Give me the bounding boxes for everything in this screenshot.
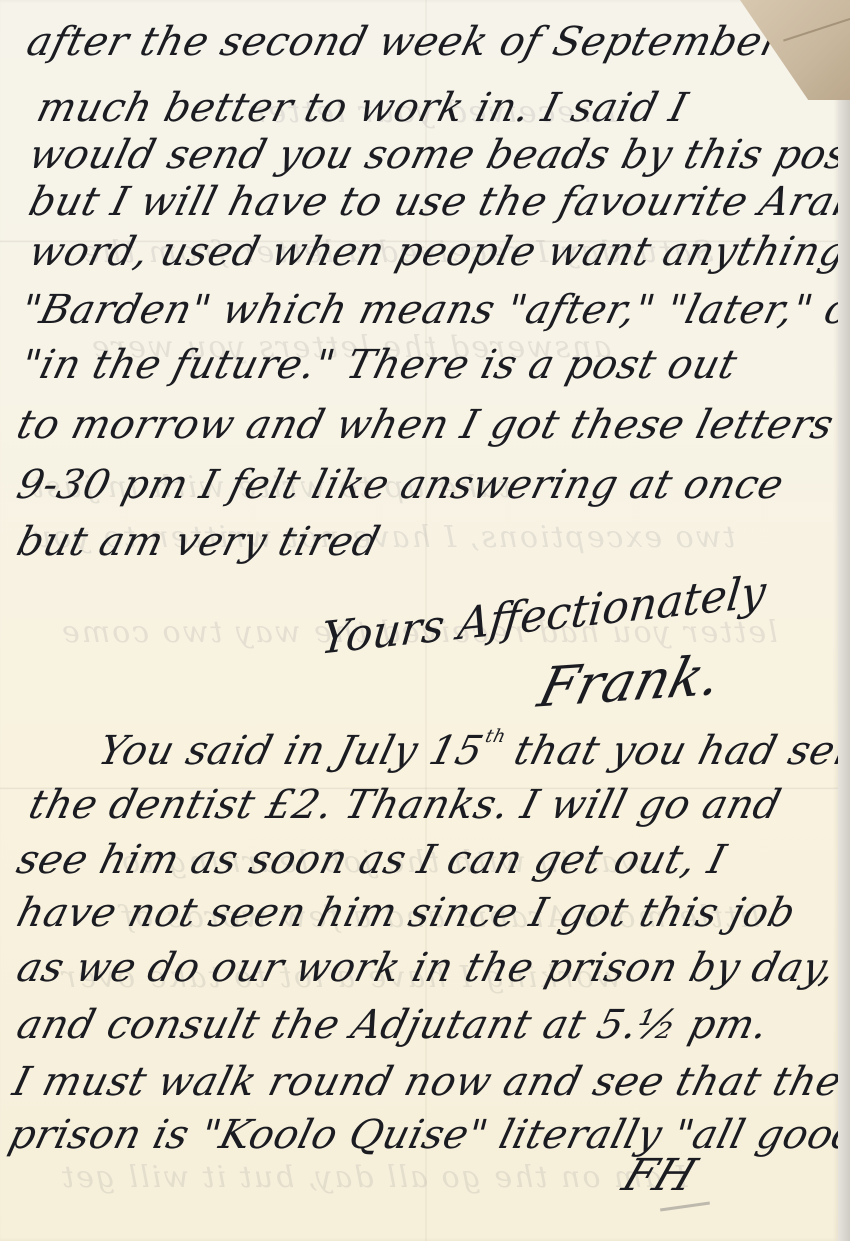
letter-line: much better to work in. I said I: [33, 88, 692, 128]
postscript-line: and consult the Adjutant at 5.½ pm.: [13, 1005, 772, 1045]
postscript-line: as we do our work in the prison by day,: [13, 948, 839, 988]
postscript-line: see him as soon as I can get out, I: [13, 840, 730, 880]
postscript-line: have not seen him since I got this job: [13, 893, 800, 933]
letter-line: to morrow and when I got these letters a…: [13, 405, 850, 445]
letter-line: would send you some beads by this post: [25, 135, 850, 175]
letter-line: "in the future." There is a post out: [17, 345, 741, 385]
letter-line: word, used when people want anything: [25, 232, 850, 272]
letter-line: but I will have to use the favourite Ara…: [25, 182, 850, 222]
postscript-line: prison is "Koolo Quise" literally "all g…: [5, 1115, 850, 1155]
postscript-text: You said in July 15: [94, 728, 488, 774]
postscript-line: the dentist £2. Thanks. I will go and: [25, 785, 785, 825]
letter-line: but am very tired: [13, 522, 384, 562]
letter-signature: Frank.: [532, 643, 728, 720]
postscript-line: I must walk round now and see that the: [9, 1062, 846, 1102]
letter-line: 9-30 pm I felt like answering at once: [13, 465, 788, 505]
postscript-text: that you had sent: [496, 728, 850, 774]
page-edge-shadow: [838, 100, 850, 1241]
letter-line: after the second week of September will …: [23, 22, 850, 62]
ink-flourish: [660, 1202, 710, 1212]
bleed-through-text: I am on the go all day, but it will get: [60, 1160, 688, 1195]
letter-line: "Barden" which means "after," "later," o…: [17, 290, 850, 330]
letter-page: I received your letter Saturday I receiv…: [0, 0, 838, 1241]
postscript-line: You said in July 15th that you had sent: [95, 728, 850, 771]
